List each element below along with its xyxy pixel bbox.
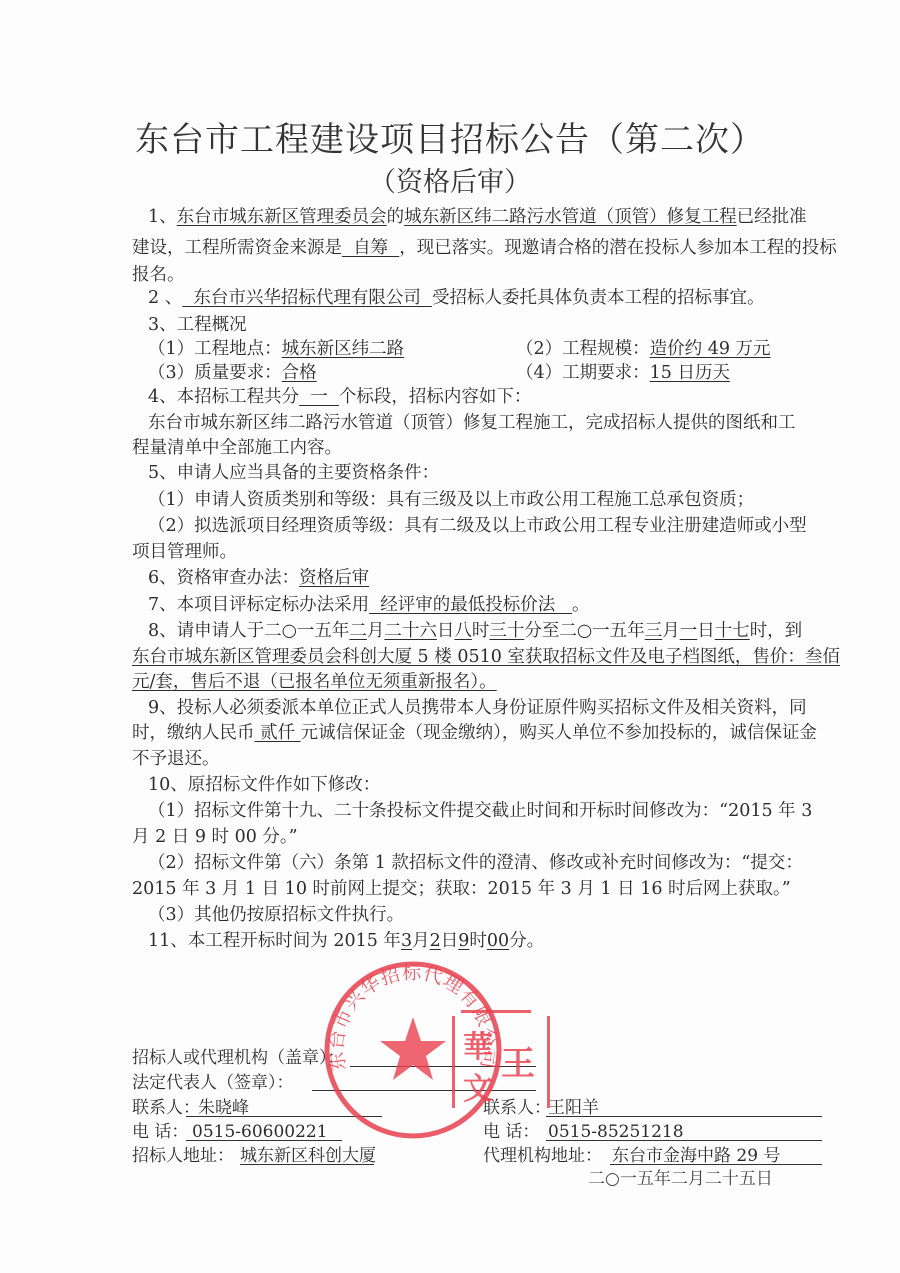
section-8-line-1: 8、请申请人于二○一五年二月二十六日八时三十分至二○一五年三月一日十七时，到 xyxy=(148,620,828,642)
document-page: 东台市工程建设项目招标公告（第二次） （资格后审） 1、东台市城东新区管理委员会… xyxy=(0,0,900,1273)
right-address-label: 代理机构地址： xyxy=(483,1145,602,1167)
legal-rep-label: 法定代表人（签章）： xyxy=(132,1072,294,1094)
section-6: 6、资格审查办法：资格后审 xyxy=(148,567,828,589)
section-5-item-2-line-2: 项目管理师。 xyxy=(132,541,812,563)
section-8-price: 元/套，售后不退（已报名单位无须重新报名）。 xyxy=(132,671,812,693)
evaluation-method: 经评审的最低投标价法 xyxy=(369,595,572,615)
section-5-item-2-line-1: （2）拟选派项目经理资质等级：具有二级及以上市政公用工程专业注册建造师或小型 xyxy=(148,515,828,537)
section-10-item-1-line-1: （1）招标文件第十九、二十条投标文件提交截止时间和开标时间修改为：“2015 年… xyxy=(148,800,828,822)
section-10-item-3: （3）其他仍按原招标文件执行。 xyxy=(148,904,828,926)
right-phone-label: 电 话： xyxy=(483,1121,539,1143)
section-10-item-2-line-1: （2）招标文件第（六）条第 1 款招标文件的澄清、修改或补充时间修改为：“提交： xyxy=(148,852,828,874)
document-date: 二○一五年二月二十五日 xyxy=(588,1168,773,1190)
right-contact-line xyxy=(546,1116,822,1117)
seal-line xyxy=(350,1066,536,1067)
section-7: 7、本项目评标定标办法采用 经评审的最低投标价法 。 xyxy=(148,594,828,616)
project-scale: 造价约 49 万元 xyxy=(650,339,771,359)
left-contact-line xyxy=(186,1116,382,1117)
section-9-line-1: 9、投标人必须委派本单位正式人员携带本人身份证原件购买招标文件及相关资料，同 xyxy=(148,697,828,719)
section-1-line-2: 建设，工程所需资金来源是 自筹 ，现已落实。现邀请合格的潜在投标人参加本工程的投… xyxy=(132,237,812,259)
section-4: 4、本招标工程共分 一 个标段，招标内容如下： xyxy=(148,386,828,408)
section-8-location: 东台市城东新区管理委员会科创大厦 5 楼 0510 室获取招标文件及电子档图纸，… xyxy=(132,646,812,668)
right-contact-label: 联系人： xyxy=(483,1097,551,1119)
tenderer-name: 东台市城东新区管理委员会 xyxy=(177,207,387,227)
section-3-heading: 3、工程概况 xyxy=(148,314,828,336)
duration-requirement: 15 日历天 xyxy=(650,363,730,383)
section-10-heading: 10、原招标文件作如下修改： xyxy=(148,774,828,796)
section-2: 2 、 东台市兴华招标代理有限公司 受招标人委托具体负责本工程的招标事宜。 xyxy=(148,287,828,309)
section-1-line-1: 1、东台市城东新区管理委员会的城东新区纬二路污水管道（顶管）修复工程已经批准 xyxy=(148,206,828,228)
section-3-row-2: （3）质量要求：合格 （4）工期要求：15 日历天 xyxy=(148,362,828,384)
qualification-review-method: 资格后审 xyxy=(299,568,369,588)
left-phone-label: 电 话： xyxy=(132,1121,188,1143)
personal-seal-icon: 華 王 文 xyxy=(452,1016,550,1108)
section-9-line-2: 时，缴纳人民币 贰仟 元诚信保证金（现金缴纳），购买人单位不参加投标的，诚信保证… xyxy=(132,722,812,744)
section-10-item-1-line-2: 月 2 日 9 时 00 分。” xyxy=(132,826,812,848)
document-title: 东台市工程建设项目招标公告（第二次） xyxy=(0,112,900,161)
left-address-line xyxy=(240,1164,374,1165)
legal-rep-line xyxy=(312,1090,536,1091)
left-phone-line xyxy=(186,1140,342,1141)
section-5-heading: 5、申请人应当具备的主要资格条件： xyxy=(148,462,828,484)
lot-count: 一 xyxy=(299,387,339,407)
section-5-item-1: （1）申请人资质类别和等级：具有三级及以上市政公用工程施工总承包资质； xyxy=(148,489,828,511)
agency-name: 东台市兴华招标代理有限公司 xyxy=(182,288,432,308)
section-4-content-2: 程量清单中全部施工内容。 xyxy=(132,437,812,459)
project-location: 城东新区纬二路 xyxy=(282,339,405,359)
section-3-row-1: （1）工程地点：城东新区纬二路 （2）工程规模：造价约 49 万元 xyxy=(148,338,828,360)
svg-text:东台市兴华招标代理有限公司: 东台市兴华招标代理有限公司 xyxy=(325,962,500,1073)
seal-label: 招标人或代理机构（盖章）： xyxy=(132,1047,345,1069)
deposit-amount: 贰仟 xyxy=(255,723,301,743)
section-11: 11、本工程开标时间为 2015 年3月2日9时00分。 xyxy=(148,930,828,952)
quality-requirement: 合格 xyxy=(282,363,317,383)
section-4-content-1: 东台市城东新区纬二路污水管道（顶管）修复工程施工，完成招标人提供的图纸和工 xyxy=(148,412,828,434)
document-subtitle: （资格后审） xyxy=(0,160,900,199)
right-address-line xyxy=(610,1164,822,1165)
fund-source: 自筹 xyxy=(342,238,399,258)
section-10-item-2-line-2: 2015 年 3 月 1 日 10 时前网上提交；获取：2015 年 3 月 1… xyxy=(132,878,812,900)
project-name: 城东新区纬二路污水管道（顶管）修复工程 xyxy=(404,207,737,227)
section-1-line-3: 报名。 xyxy=(132,264,812,286)
section-9-line-3: 不予退还。 xyxy=(132,748,812,770)
right-phone-line xyxy=(546,1140,822,1141)
left-address-label: 招标人地址： xyxy=(132,1145,234,1167)
